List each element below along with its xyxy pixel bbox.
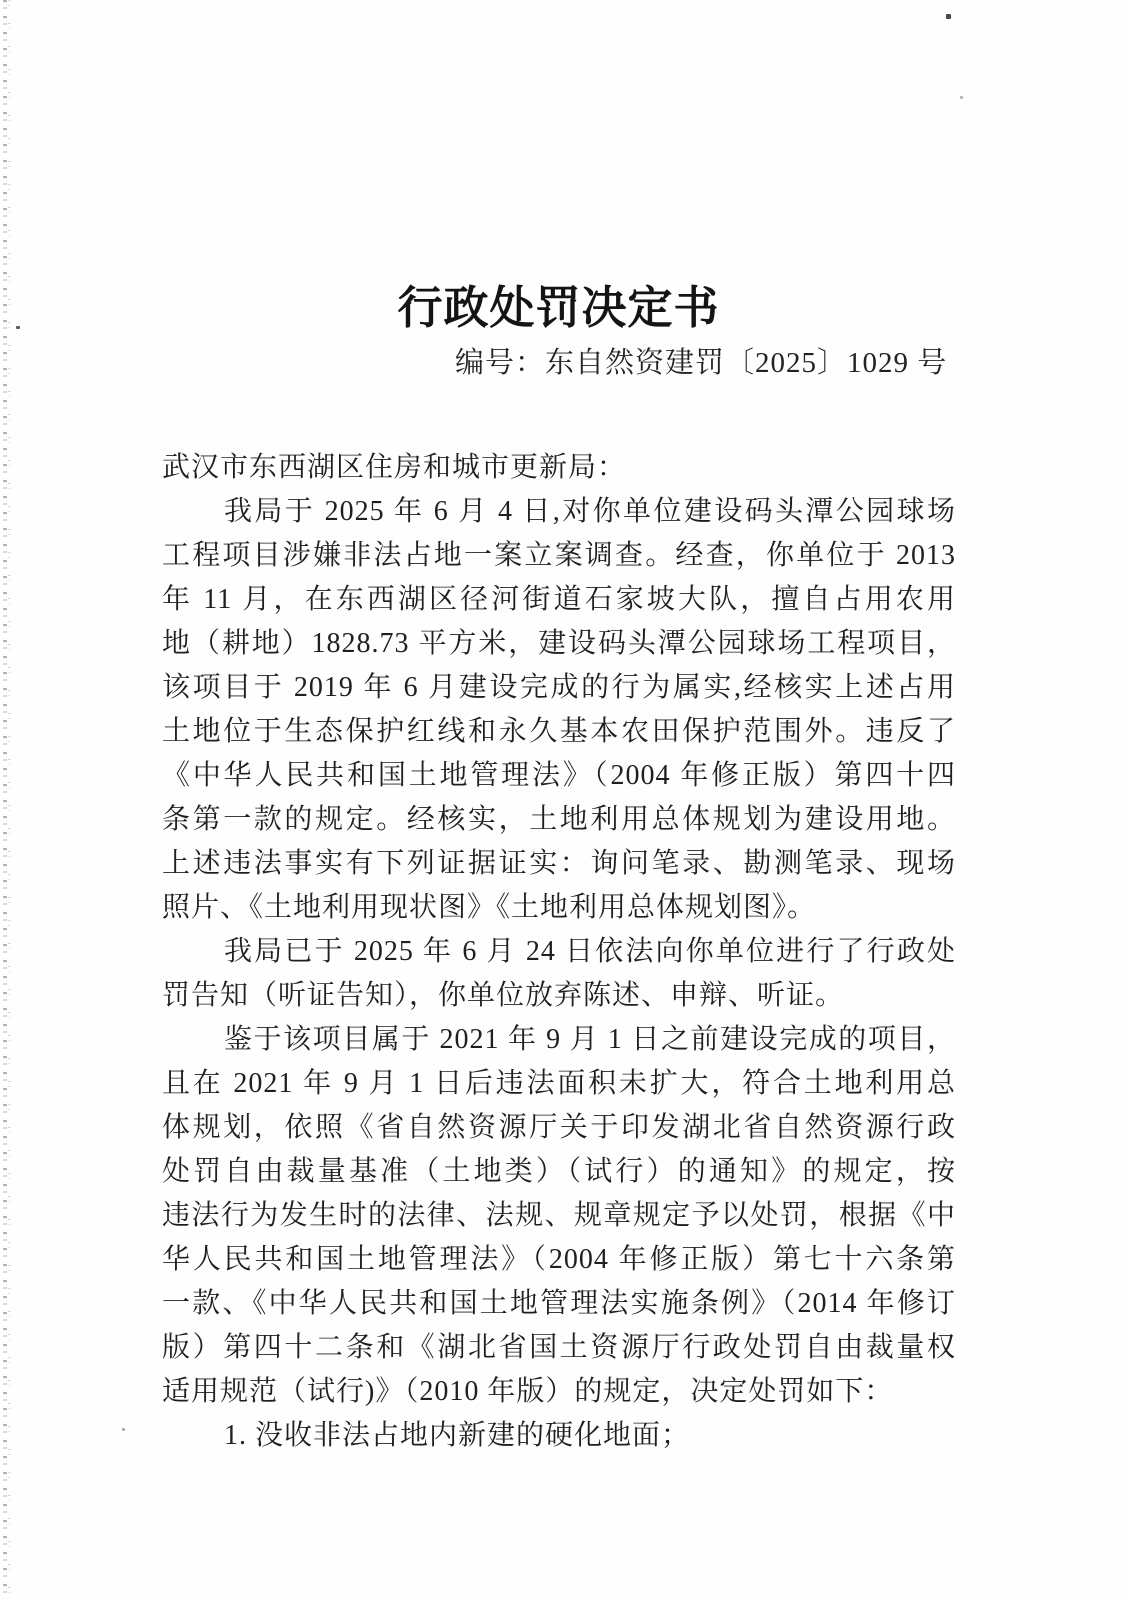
body-line: 适用规范（试行)》（2010 年版）的规定，决定处罚如下： xyxy=(162,1370,956,1414)
body-line: 土地位于生态保护红线和永久基本农田保护范围外。违反了 xyxy=(162,710,956,754)
scanned-document-page: 行政处罚决定书 编号：东自然资建罚〔2025〕1029 号 武汉市东西湖区住房和… xyxy=(0,0,1131,1600)
body-line: 我局于 2025 年 6 月 4 日,对你单位建设码头潭公园球场 xyxy=(162,490,956,534)
penalty-item-line: 1. 没收非法占地内新建的硬化地面； xyxy=(162,1414,956,1458)
body-line: 工程项目涉嫌非法占地一案立案调查。经查，你单位于 2013 xyxy=(162,534,956,578)
body-line: 鉴于该项目属于 2021 年 9 月 1 日之前建设完成的项目， xyxy=(162,1018,956,1062)
body-line: 我局已于 2025 年 6 月 24 日依法向你单位进行了行政处 xyxy=(162,930,956,974)
body-line: 条第一款的规定。经核实，土地利用总体规划为建设用地。 xyxy=(162,798,956,842)
body-line: 《中华人民共和国土地管理法》（2004 年修正版）第四十四 xyxy=(162,754,956,798)
recipient-line: 武汉市东西湖区住房和城市更新局： xyxy=(162,446,956,490)
body-line: 照片、《土地利用现状图》《土地利用总体规划图》。 xyxy=(162,886,956,930)
scan-artifact-left-edge-2 xyxy=(8,0,11,1600)
body-line: 一款、《中华人民共和国土地管理法实施条例》（2014 年修订 xyxy=(162,1282,956,1326)
document-number: 编号：东自然资建罚〔2025〕1029 号 xyxy=(455,344,947,382)
body-line: 处罚自由裁量基准（土地类）（试行）的通知》的规定，按 xyxy=(162,1150,956,1194)
body-line: 地（耕地）1828.73 平方米，建设码头潭公园球场工程项目， xyxy=(162,622,956,666)
body-line: 且在 2021 年 9 月 1 日后违法面积未扩大，符合土地利用总 xyxy=(162,1062,956,1106)
body-line: 华人民共和国土地管理法》（2004 年修正版）第七十六条第 xyxy=(162,1238,956,1282)
document-body: 武汉市东西湖区住房和城市更新局： 我局于 2025 年 6 月 4 日,对你单位… xyxy=(162,446,956,1458)
scan-speck xyxy=(122,1428,125,1431)
body-line: 该项目于 2019 年 6 月建设完成的行为属实,经核实上述占用 xyxy=(162,666,956,710)
body-line: 年 11 月，在东西湖区径河街道石家坡大队，擅自占用农用 xyxy=(162,578,956,622)
body-line: 罚告知（听证告知），你单位放弃陈述、申辩、听证。 xyxy=(162,974,956,1018)
body-line: 违法行为发生时的法律、法规、规章规定予以处罚，根据《中 xyxy=(162,1194,956,1238)
scan-speck xyxy=(946,14,951,19)
document-title: 行政处罚决定书 xyxy=(0,282,1117,334)
body-line: 体规划，依照《省自然资源厅关于印发湖北省自然资源行政 xyxy=(162,1106,956,1150)
body-line: 上述违法事实有下列证据证实：询问笔录、勘测笔录、现场 xyxy=(162,842,956,886)
scan-artifact-left-edge xyxy=(3,0,7,1600)
scan-speck xyxy=(960,96,963,99)
body-line: 版）第四十二条和《湖北省国土资源厅行政处罚自由裁量权 xyxy=(162,1326,956,1370)
